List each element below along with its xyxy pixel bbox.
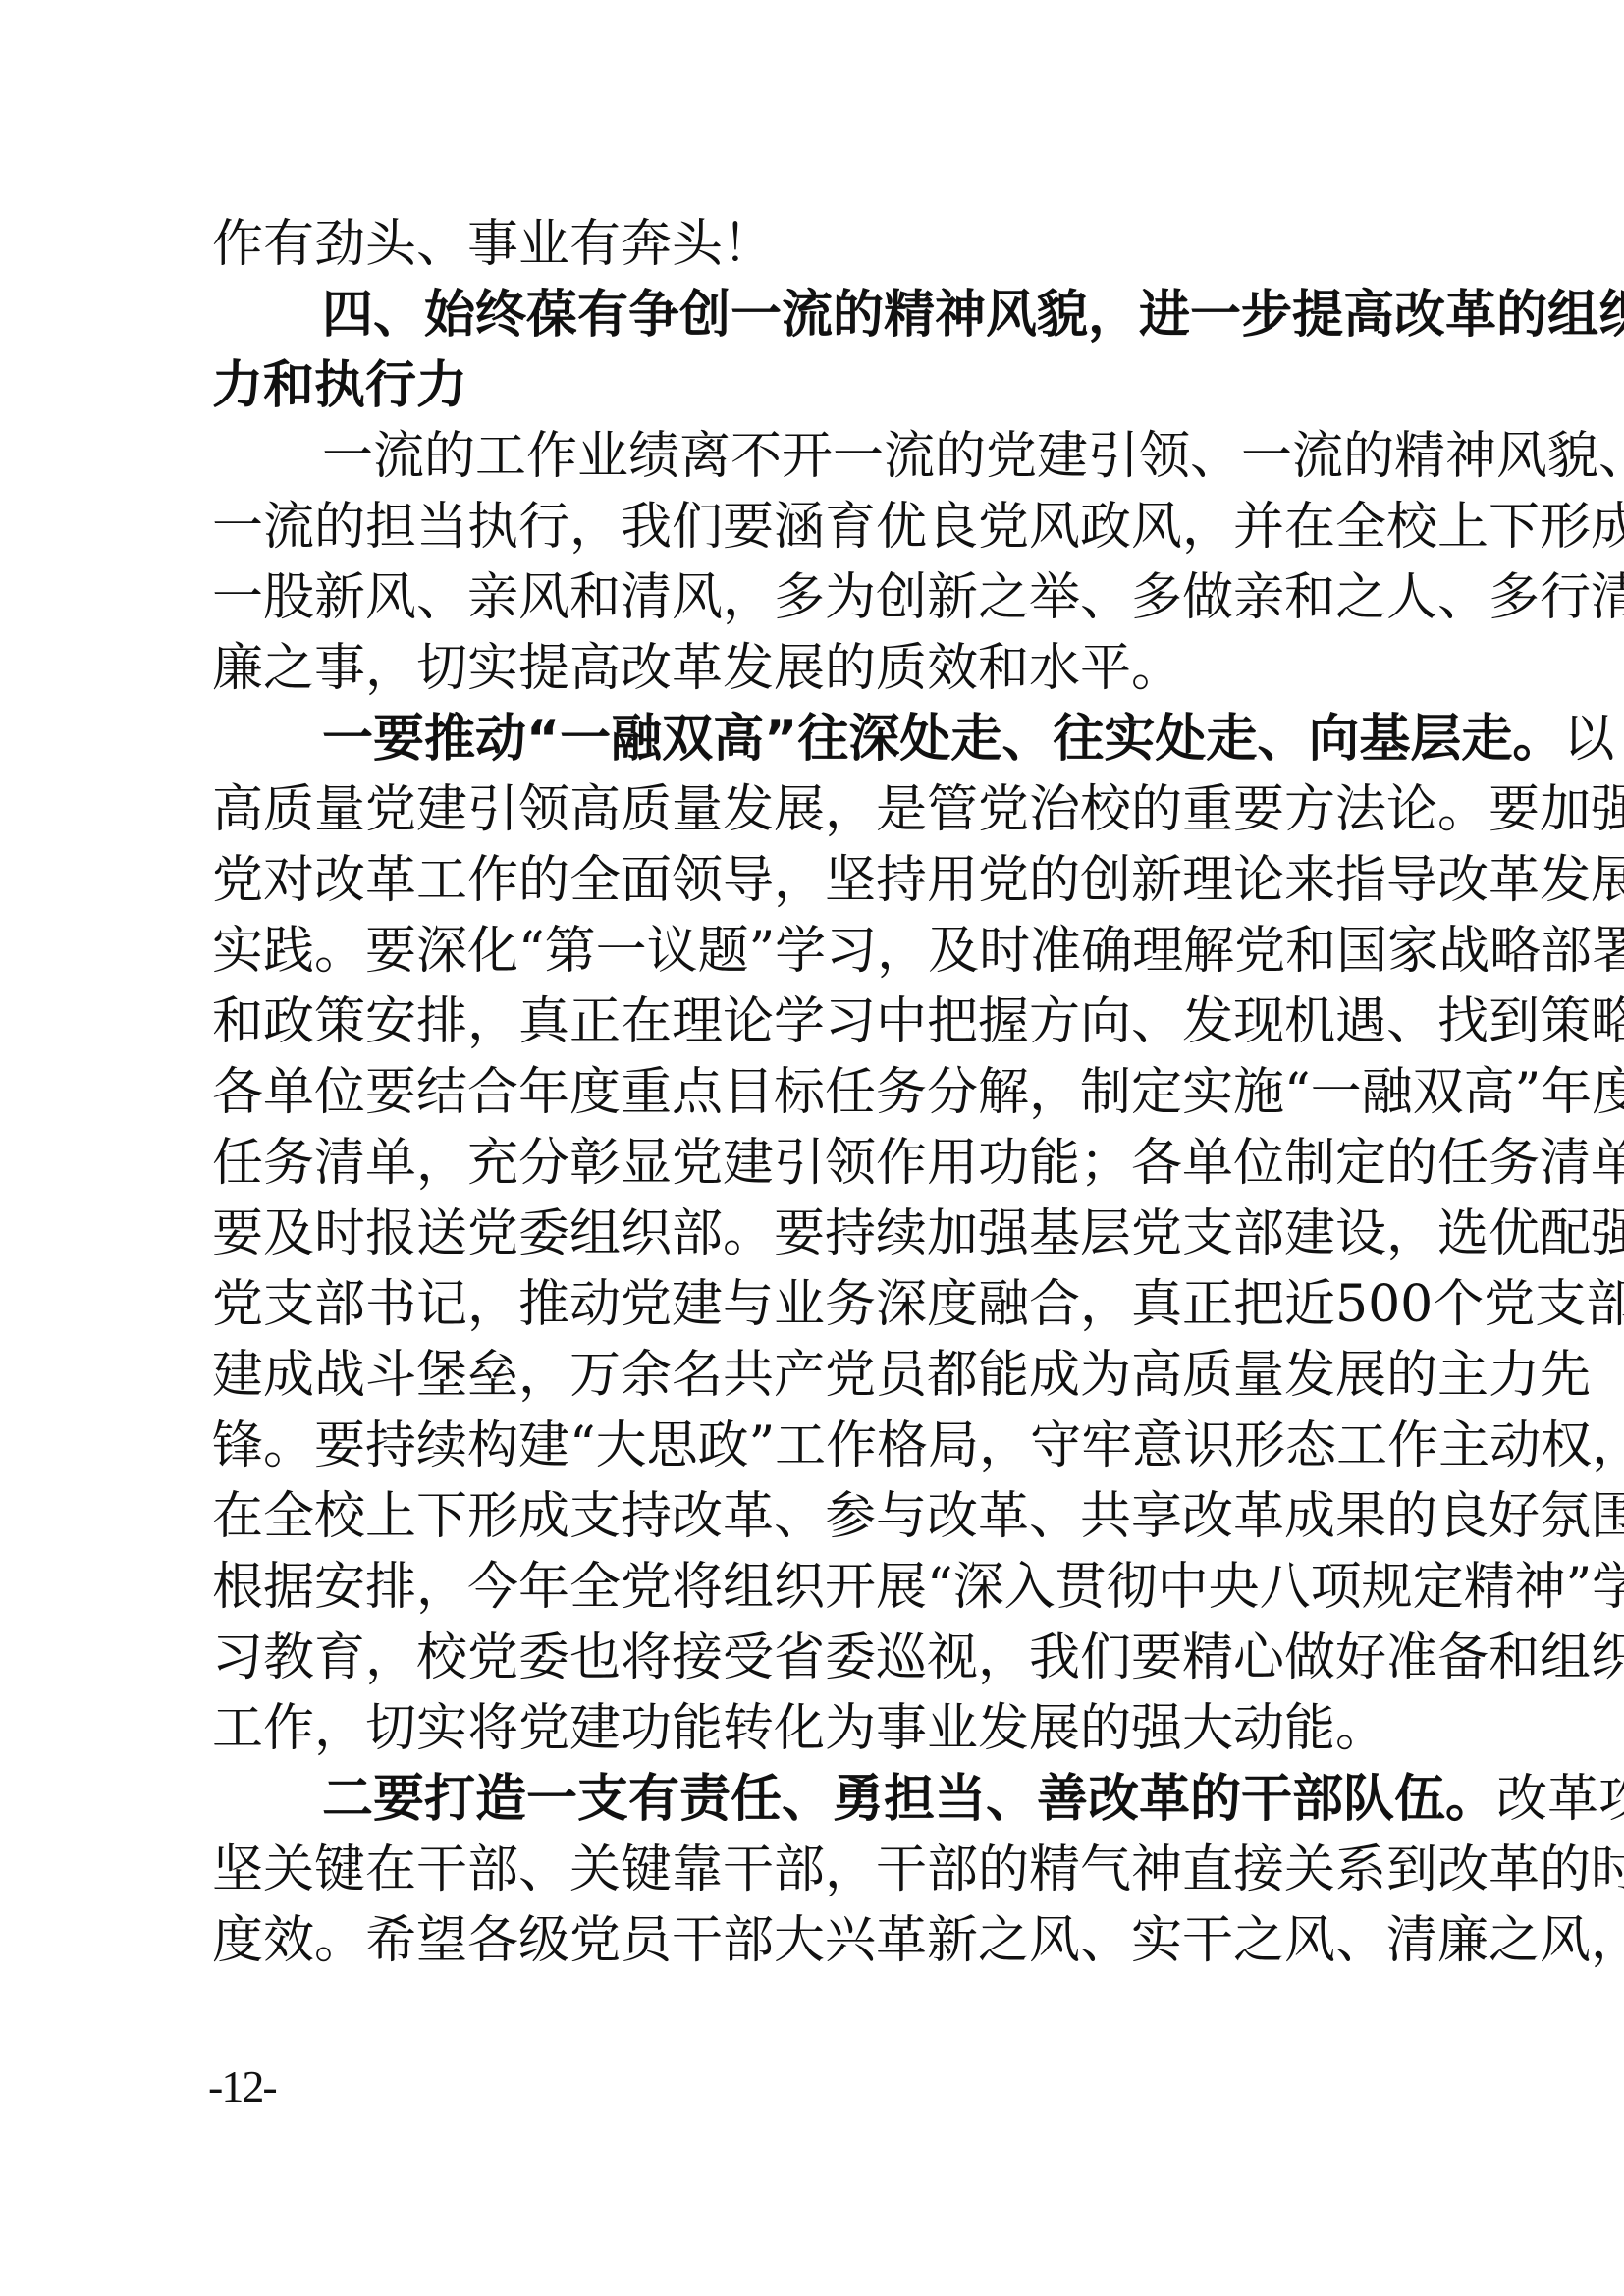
point-lead-text: 改革攻 xyxy=(1496,1770,1624,1829)
paragraph-line: 高质量党建引领高质量发展，是管党治校的重要方法论。要加强 xyxy=(212,774,1430,845)
paragraph-line: 作有劲头、事业有奔头！ xyxy=(212,209,1430,280)
paragraph-line: 习教育，校党委也将接受省委巡视，我们要精心做好准备和组织 xyxy=(212,1623,1430,1693)
paragraph-first-line: 二要打造一支有责任、勇担当、善改革的干部队伍。改革攻 xyxy=(212,1764,1430,1835)
paragraph-line: 党对改革工作的全面领导，坚持用党的创新理论来指导改革发展 xyxy=(212,845,1430,916)
heading-line: 力和执行力 xyxy=(212,350,1430,421)
paragraph-intro: 一流的工作业绩离不开一流的党建引领、一流的精神风貌、 一流的担当执行，我们要涵育… xyxy=(212,421,1430,704)
paragraph-line: 根据安排，今年全党将组织开展“深入贯彻中央八项规定精神”学 xyxy=(212,1552,1430,1623)
section-heading: 四、始终葆有争创一流的精神风貌，进一步提高改革的组织 力和执行力 xyxy=(212,280,1430,421)
paragraph-line: 各单位要结合年度重点目标任务分解，制定实施“一融双高”年度 xyxy=(212,1057,1430,1128)
heading-line: 四、始终葆有争创一流的精神风貌，进一步提高改革的组织 xyxy=(212,280,1430,350)
paragraph-point-one: 一要推动“一融双高”往深处走、往实处走、向基层走。以 高质量党建引领高质量发展，… xyxy=(212,704,1430,1764)
page-number: -12- xyxy=(208,2059,276,2114)
paragraph-first-line: 一要推动“一融双高”往深处走、往实处走、向基层走。以 xyxy=(212,704,1430,774)
paragraph-line: 锋。要持续构建“大思政”工作格局，守牢意识形态工作主动权， xyxy=(212,1411,1430,1481)
paragraph-line: 建成战斗堡垒，万余名共产党员都能成为高质量发展的主力先 xyxy=(212,1340,1430,1411)
paragraph-line: 度效。希望各级党员干部大兴革新之风、实干之风、清廉之风， xyxy=(212,1905,1430,1976)
paragraph-line: 一股新风、亲风和清风，多为创新之举、多做亲和之人、多行清 xyxy=(212,562,1430,633)
paragraph-line: 一流的担当执行，我们要涵育优良党风政风，并在全校上下形成 xyxy=(212,492,1430,562)
paragraph-line: 一流的工作业绩离不开一流的党建引领、一流的精神风貌、 xyxy=(212,421,1430,492)
point-heading-bold: 一要推动“一融双高”往深处走、往实处走、向基层走。 xyxy=(322,710,1563,769)
paragraph-line: 工作，切实将党建功能转化为事业发展的强大动能。 xyxy=(212,1693,1430,1764)
paragraph-line: 和政策安排，真正在理论学习中把握方向、发现机遇、找到策略。 xyxy=(212,987,1430,1057)
paragraph-line: 廉之事，切实提高改革发展的质效和水平。 xyxy=(212,633,1430,704)
paragraph-line: 任务清单，充分彰显党建引领作用功能；各单位制定的任务清单 xyxy=(212,1128,1430,1199)
paragraph-line: 坚关键在干部、关键靠干部，干部的精气神直接关系到改革的时 xyxy=(212,1835,1430,1905)
point-lead-text: 以 xyxy=(1563,710,1614,769)
paragraph-point-two: 二要打造一支有责任、勇担当、善改革的干部队伍。改革攻 坚关键在干部、关键靠干部，… xyxy=(212,1764,1430,1976)
paragraph-line: 在全校上下形成支持改革、参与改革、共享改革成果的良好氛围。 xyxy=(212,1481,1430,1552)
paragraph-line: 党支部书记，推动党建与业务深度融合，真正把近500个党支部 xyxy=(212,1269,1430,1340)
paragraph-line: 实践。要深化“第一议题”学习，及时准确理解党和国家战略部署 xyxy=(212,916,1430,987)
document-page: 作有劲头、事业有奔头！ 四、始终葆有争创一流的精神风貌，进一步提高改革的组织 力… xyxy=(212,209,1430,1976)
point-heading-bold: 二要打造一支有责任、勇担当、善改革的干部队伍。 xyxy=(322,1770,1496,1829)
paragraph-line: 要及时报送党委组织部。要持续加强基层党支部建设，选优配强 xyxy=(212,1199,1430,1269)
